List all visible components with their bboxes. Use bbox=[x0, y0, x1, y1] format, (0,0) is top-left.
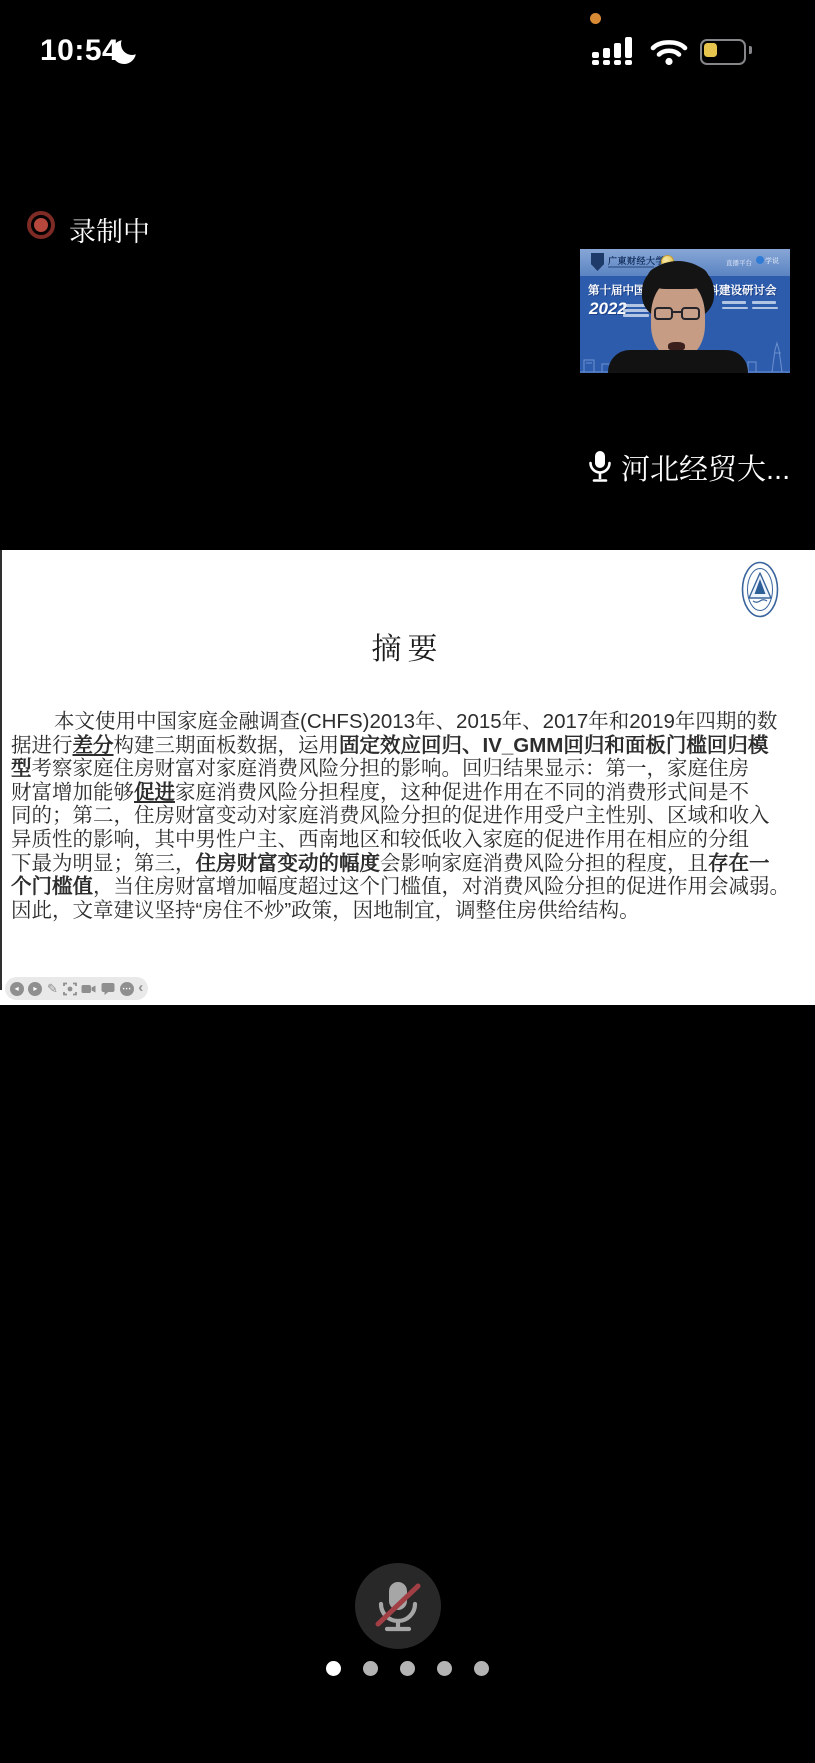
page-dot bbox=[326, 1661, 341, 1676]
collapse-toolbar-icon[interactable]: ‹ bbox=[138, 980, 143, 995]
do-not-disturb-moon-icon bbox=[112, 40, 138, 66]
university-subtitle-line bbox=[608, 266, 654, 268]
microphone-icon bbox=[588, 450, 612, 484]
participant-name-row: 河北经贸大... bbox=[588, 447, 790, 487]
cellular-signal-icon bbox=[592, 37, 638, 65]
presenter-fringe bbox=[648, 263, 708, 289]
abstract-line: 下最为明显；第三，住房财富变动的幅度会影响家庭消费风险分担的程度，且存在一 bbox=[11, 852, 807, 876]
clock-time: 10:54 bbox=[40, 34, 119, 68]
abstract-line: 同的；第二，住房财富变动对家庭消费风险分担的促进作用受户主性别、区域和收入 bbox=[11, 804, 807, 828]
page-dot bbox=[400, 1661, 415, 1676]
phone-screen: 10:54 录制中 广東财经大学 直播平台 学说 第十届中国投资 学科建设研讨会… bbox=[0, 0, 815, 1763]
university-seal-icon bbox=[741, 561, 779, 618]
abstract-line: 财富增加能够促进家庭消费风险分担程度，这种促进作用在不同的消费形式间是不 bbox=[11, 781, 807, 805]
annotate-pencil-icon[interactable]: ✎ bbox=[47, 982, 58, 995]
mic-in-use-dot bbox=[590, 13, 601, 24]
conference-year: 2022 bbox=[589, 299, 627, 319]
page-dot bbox=[437, 1661, 452, 1676]
page-indicator bbox=[0, 1661, 815, 1676]
page-dot bbox=[474, 1661, 489, 1676]
microphone-muted-icon bbox=[372, 1578, 424, 1634]
video-thumbnail[interactable]: 广東财经大学 直播平台 学说 第十届中国投资 学科建设研讨会 2022 bbox=[580, 249, 790, 373]
abstract-title: 摘要 bbox=[0, 624, 815, 668]
battery-icon bbox=[700, 39, 752, 63]
laser-pointer-icon[interactable] bbox=[63, 982, 77, 996]
live-platform-label: 直播平台 bbox=[726, 258, 752, 267]
page-dot bbox=[363, 1661, 378, 1676]
platform-name: 学说 bbox=[756, 256, 779, 266]
annotation-toolbar: ◂ ▸ ✎ ⋯ ‹ bbox=[5, 977, 148, 1000]
abstract-line: 本文使用中国家庭金融调查(CHFS)2013年、2015年、2017年和2019… bbox=[11, 710, 807, 734]
abstract-line: 据进行差分构建三期面板数据，运用固定效应回归、IV_GMM回归和面板门槛回归模 bbox=[11, 734, 807, 758]
page-edge-line bbox=[0, 550, 2, 990]
abstract-line: 因此，文章建议坚持“房住不炒”政策，因地制宜，调整住房供给结构。 bbox=[11, 899, 807, 923]
shared-screen-document[interactable]: 摘要 本文使用中国家庭金融调查(CHFS)2013年、2015年、2017年和2… bbox=[0, 550, 815, 1005]
comment-icon[interactable] bbox=[101, 982, 115, 996]
platform-logo-icon bbox=[756, 256, 764, 264]
next-icon[interactable]: ▸ bbox=[28, 982, 42, 996]
abstract-line: 异质性的影响，其中男性户主、西南地区和较低收入家庭的促进作用在相应的分组 bbox=[11, 828, 807, 852]
microphone-mute-button[interactable] bbox=[355, 1563, 441, 1649]
abstract-paragraph: 本文使用中国家庭金融调查(CHFS)2013年、2015年、2017年和2019… bbox=[11, 710, 807, 922]
participant-name: 河北经贸大... bbox=[621, 447, 790, 488]
wifi-icon bbox=[650, 37, 688, 71]
glasses-icon bbox=[653, 307, 703, 322]
abstract-line: 型考察家庭住房财富对家庭消费风险分担的影响。回归结果显示：第一，家庭住房 bbox=[11, 757, 807, 781]
presenter-shirt bbox=[608, 350, 748, 373]
abstract-line: 个门槛值，当住房财富增加幅度超过这个门槛值，对消费风险分担的促进作用会减弱。 bbox=[11, 875, 807, 899]
record-dot-icon bbox=[27, 211, 55, 239]
camera-icon[interactable] bbox=[81, 983, 96, 995]
recording-status-label: 录制中 bbox=[69, 210, 150, 249]
more-icon[interactable]: ⋯ bbox=[120, 982, 134, 996]
previous-icon[interactable]: ◂ bbox=[10, 982, 24, 996]
